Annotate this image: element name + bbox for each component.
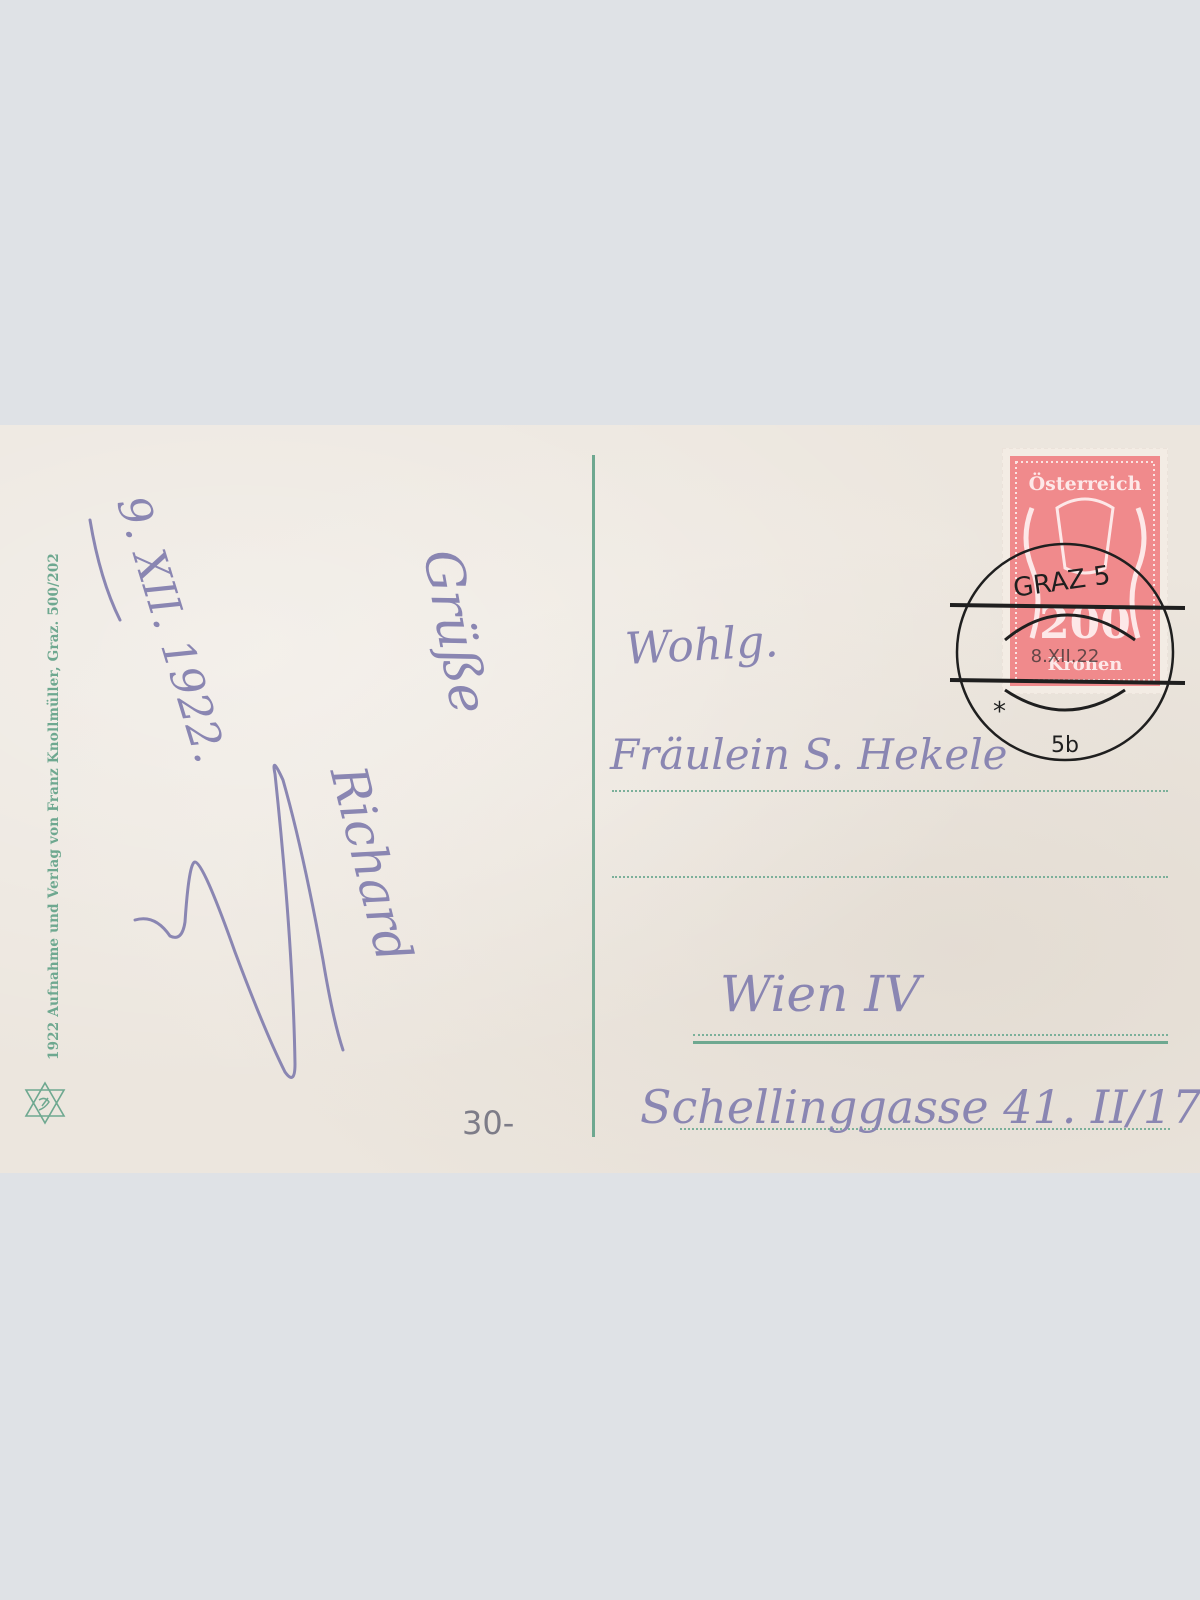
postmark-cancellation: GRAZ 5 8.XII.22 * 5b xyxy=(945,540,1195,785)
postmark-date: 8.XII.22 xyxy=(1031,646,1100,667)
address-city-underline xyxy=(693,1041,1168,1044)
address-salutation: Wohlg. xyxy=(624,616,780,675)
postmark-city: GRAZ 5 xyxy=(1011,560,1112,603)
address-line-3 xyxy=(693,1034,1168,1036)
stamp-country: Österreich xyxy=(1029,472,1142,495)
publisher-star-logo-icon xyxy=(22,1080,68,1126)
pencil-price-note: 30- xyxy=(462,1104,514,1142)
address-city: Wien IV xyxy=(720,965,920,1023)
postmark-office: 5b xyxy=(1051,733,1079,758)
address-divider-line xyxy=(592,455,595,1137)
postmark-star-icon: * xyxy=(993,697,1006,727)
address-line-2 xyxy=(612,876,1168,878)
address-line-1 xyxy=(612,790,1168,792)
publisher-imprint: 1922 Aufnahme und Verlag von Franz Knoll… xyxy=(46,553,62,1060)
address-street: Schellinggasse 41. II/17 xyxy=(640,1080,1200,1134)
